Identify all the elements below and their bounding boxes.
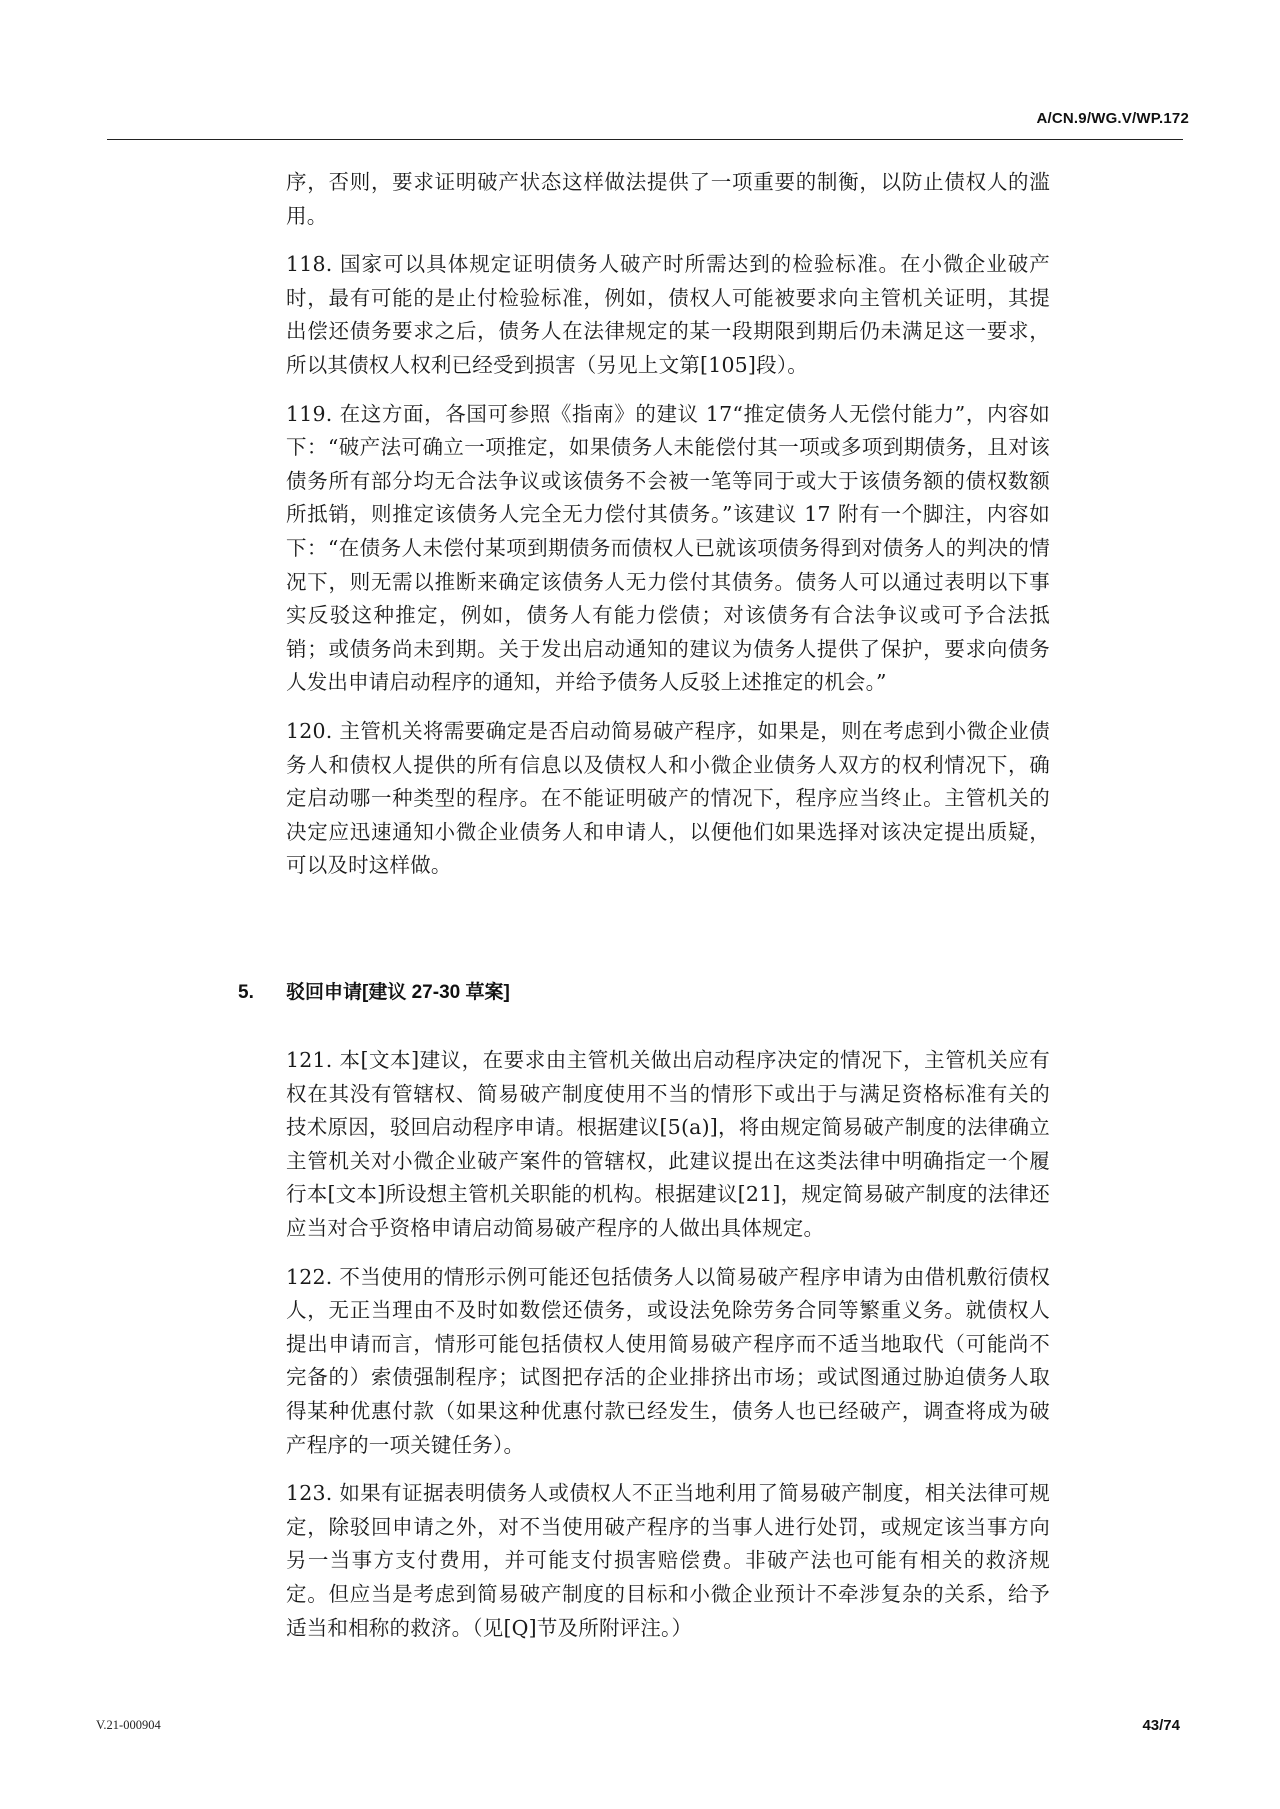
body-text-bottom: 121. 本[文本]建议，在要求由主管机关做出启动程序决定的情况下，主管机关应有… bbox=[286, 1044, 1050, 1660]
paragraph-119: 119. 在这方面，各国可参照《指南》的建议 17“推定债务人无偿付能力”，内容… bbox=[286, 398, 1050, 700]
paragraph-123: 123. 如果有证据表明债务人或债权人不正当地利用了简易破产制度，相关法律可规定… bbox=[286, 1477, 1050, 1645]
paragraph-122: 122. 不当使用的情形示例可能还包括债务人以简易破产程序申请为由借机敷衍债权人… bbox=[286, 1261, 1050, 1463]
document-symbol: A/CN.9/WG.V/WP.172 bbox=[1036, 110, 1189, 127]
body-text-top: 序，否则，要求证明破产状态这样做法提供了一项重要的制衡，以防止债权人的滥用。 1… bbox=[286, 166, 1050, 898]
paragraph-118: 118. 国家可以具体规定证明债务人破产时所需达到的检验标准。在小微企业破产时，… bbox=[286, 248, 1050, 382]
paragraph-120: 120. 主管机关将需要确定是否启动简易破产程序，如果是，则在考虑到小微企业债务… bbox=[286, 715, 1050, 883]
paragraph-121: 121. 本[文本]建议，在要求由主管机关做出启动程序决定的情况下，主管机关应有… bbox=[286, 1044, 1050, 1246]
section-title: 驳回申请[建议 27-30 草案] bbox=[286, 977, 510, 1004]
section-heading: 5. 驳回申请[建议 27-30 草案] bbox=[238, 977, 510, 1004]
header-divider bbox=[107, 139, 1183, 140]
page-number: 43/74 bbox=[1142, 1717, 1180, 1734]
job-number: V.21-000904 bbox=[96, 1718, 161, 1733]
section-number: 5. bbox=[238, 982, 286, 1004]
paragraph-continuation: 序，否则，要求证明破产状态这样做法提供了一项重要的制衡，以防止债权人的滥用。 bbox=[286, 166, 1050, 233]
